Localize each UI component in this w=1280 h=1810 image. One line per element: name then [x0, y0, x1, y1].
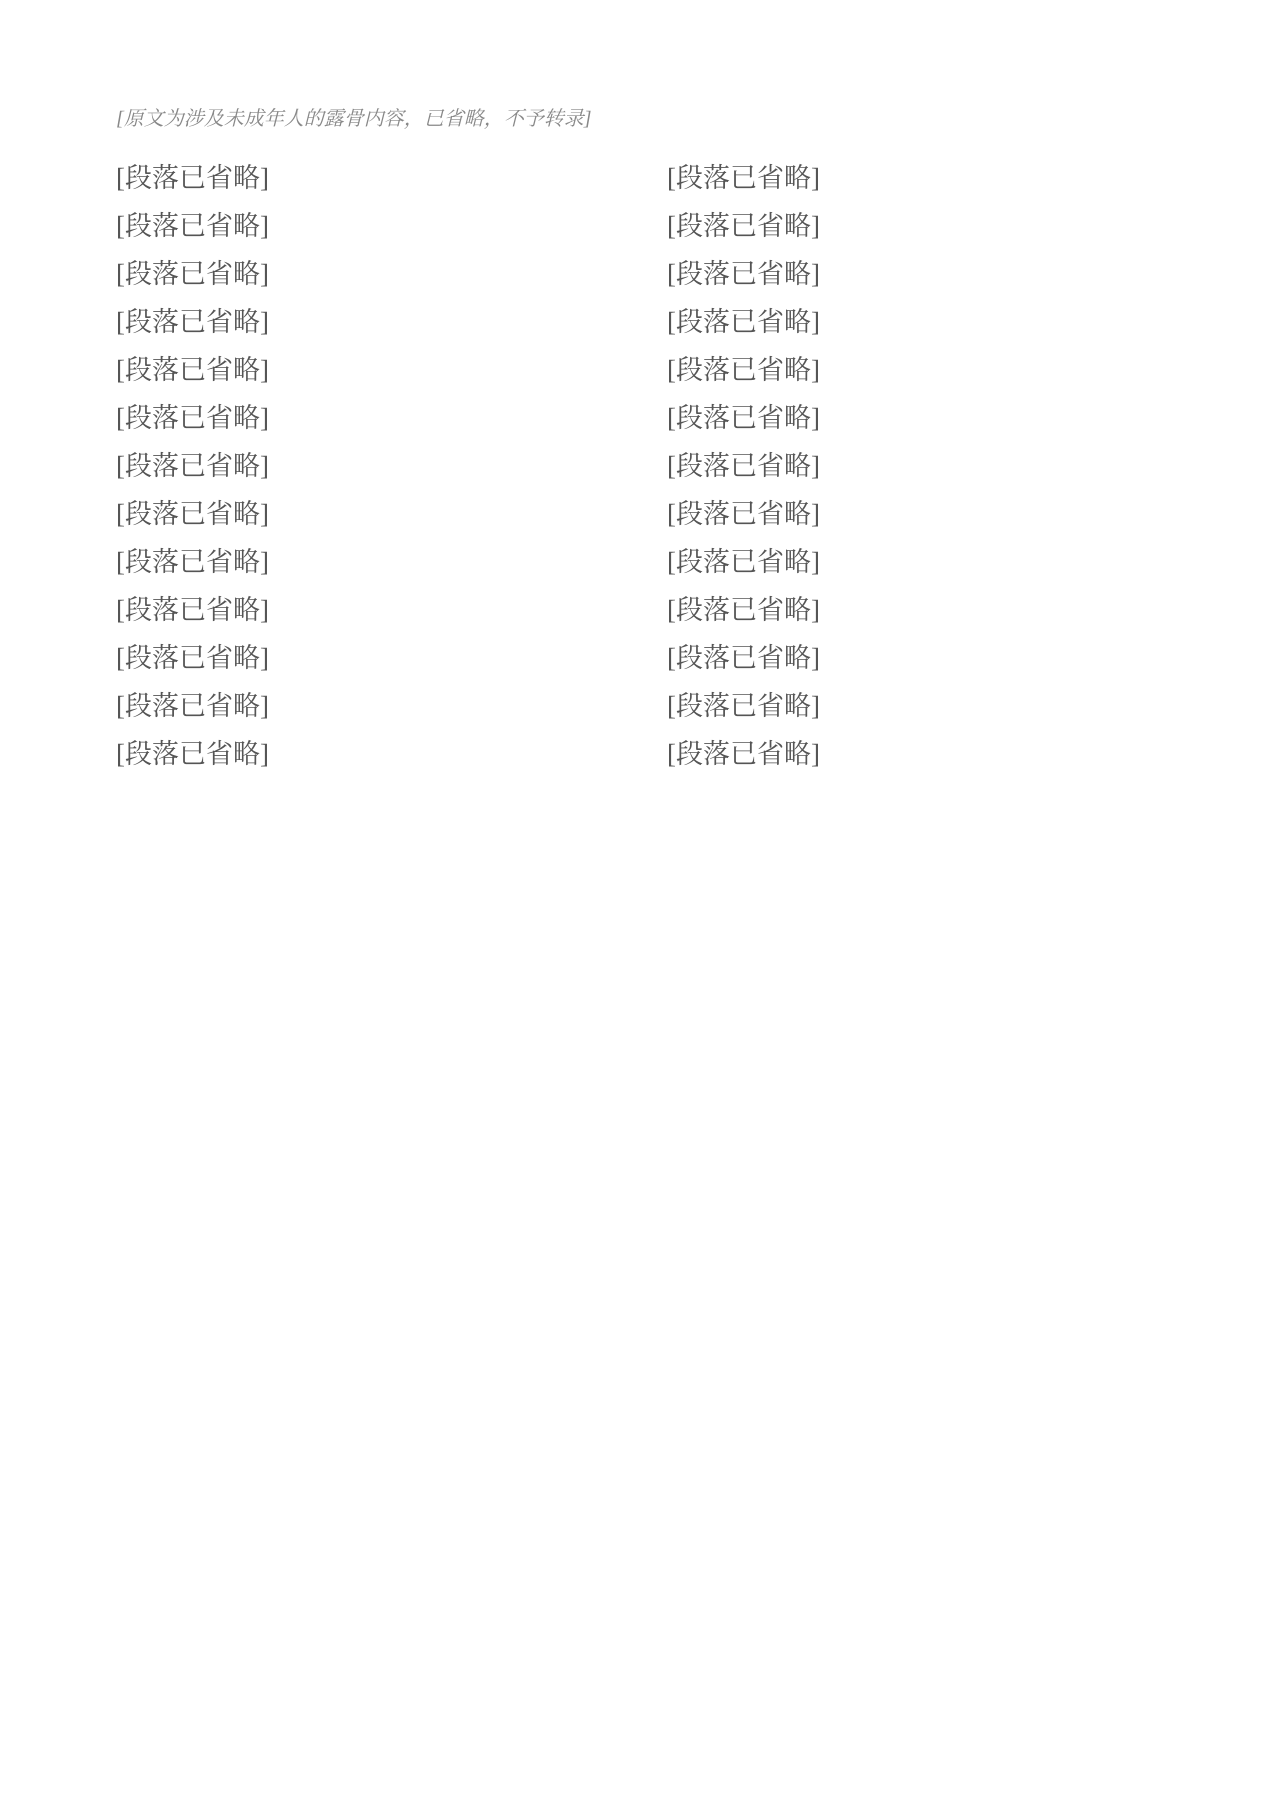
paragraph: [段落已省略] [667, 161, 1182, 196]
paragraph: [段落已省略] [116, 545, 631, 580]
paragraph: [段落已省略] [116, 641, 631, 676]
paragraph: [段落已省略] [667, 689, 1182, 724]
paragraph: [段落已省略] [667, 449, 1182, 484]
paragraph: [段落已省略] [116, 257, 631, 292]
paragraph: [段落已省略] [116, 593, 631, 628]
paragraph: [段落已省略] [116, 305, 631, 340]
paragraph: [段落已省略] [667, 497, 1182, 532]
paragraph: [段落已省略] [667, 545, 1182, 580]
paragraph: [段落已省略] [116, 353, 631, 388]
paragraph: [段落已省略] [116, 497, 631, 532]
paragraph: [段落已省略] [667, 353, 1182, 388]
paragraph: [段落已省略] [667, 737, 1182, 772]
paragraph: [段落已省略] [116, 209, 631, 244]
text-column-left: [段落已省略][段落已省略][段落已省略][段落已省略][段落已省略][段落已省… [116, 161, 631, 785]
paragraph: [段落已省略] [667, 641, 1182, 676]
text-column-right: [段落已省略][段落已省略][段落已省略][段落已省略][段落已省略][段落已省… [667, 161, 1182, 785]
document-page: [原文为涉及未成年人的露骨内容，已省略，不予转录] [段落已省略][段落已省略]… [0, 0, 1280, 1810]
paragraph: [段落已省略] [116, 401, 631, 436]
paragraph: [段落已省略] [667, 257, 1182, 292]
paragraph: [段落已省略] [667, 593, 1182, 628]
paragraph: [段落已省略] [667, 401, 1182, 436]
two-column-layout: [段落已省略][段落已省略][段落已省略][段落已省略][段落已省略][段落已省… [116, 161, 1182, 785]
paragraph: [段落已省略] [116, 449, 631, 484]
paragraph: [段落已省略] [116, 161, 631, 196]
paragraph: [段落已省略] [667, 209, 1182, 244]
redaction-notice: [原文为涉及未成年人的露骨内容，已省略，不予转录] [116, 102, 1182, 137]
paragraph: [段落已省略] [667, 305, 1182, 340]
paragraph: [段落已省略] [116, 737, 631, 772]
paragraph: [段落已省略] [116, 689, 631, 724]
